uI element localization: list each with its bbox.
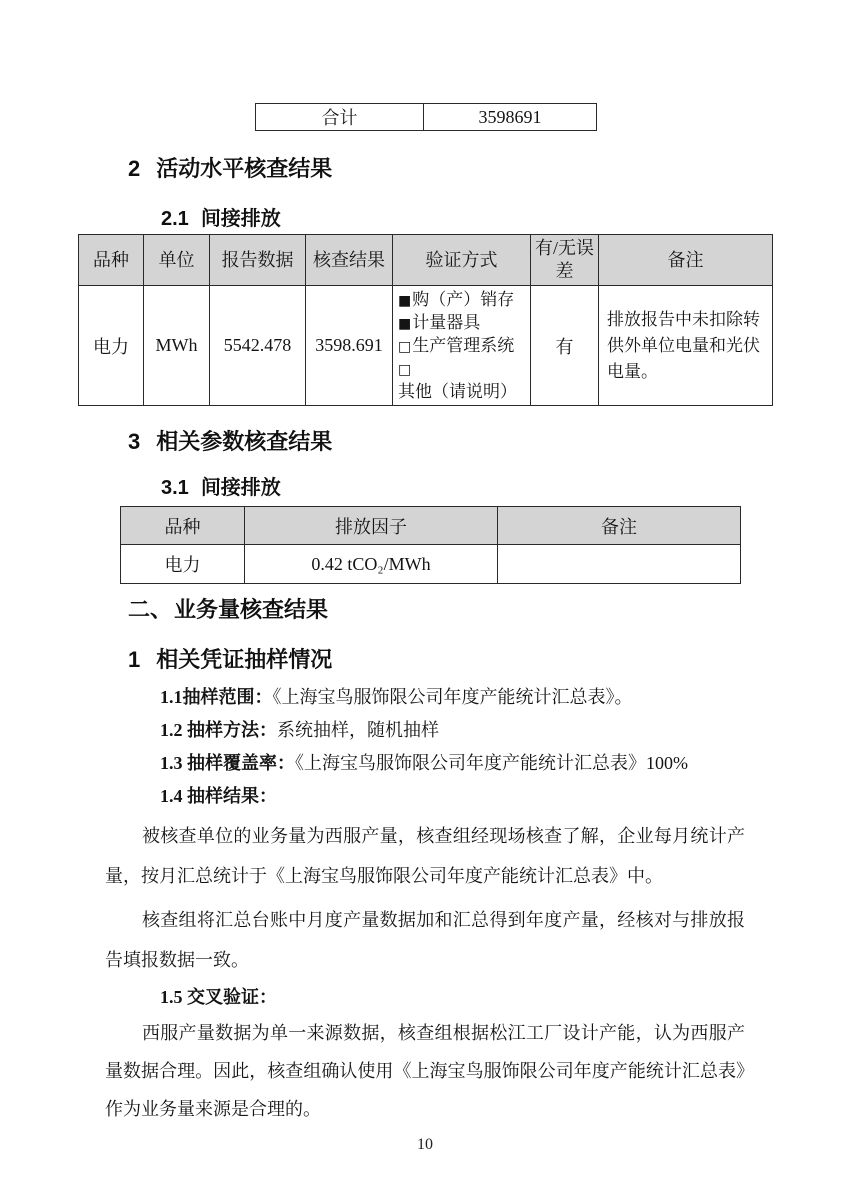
method-label: 购（产）销存	[412, 290, 514, 309]
section-3-1-heading: 3.1间接排放	[161, 476, 772, 500]
section-3-number: 3	[128, 429, 140, 454]
method-label: 计量器具	[412, 313, 480, 332]
list-item-cross-validation: 1.5 交叉验证：	[160, 984, 772, 1010]
item-text: 系统抽样，随机抽样	[277, 720, 439, 740]
header-error-status: 有/无误差	[531, 235, 599, 286]
checkbox-checked-icon: ■	[398, 293, 411, 309]
cell-error-status: 有	[531, 286, 599, 406]
emission-factor-table: 品种 排放因子 备注 电力 0.42 tCO₂/MWh	[120, 506, 741, 584]
part-2-title: 业务量核查结果	[174, 597, 328, 622]
checkbox-unchecked-icon: □	[398, 339, 411, 355]
paragraph-sampling-result-2: 核查组将汇总台账中月度产量数据加和汇总得到年度产量，经核对与排放报告填报数据一致…	[105, 900, 745, 980]
activity-level-table: 品种 单位 报告数据 核查结果 验证方式 有/无误差 备注 电力 MWh 554…	[78, 234, 773, 406]
cell-remark: 排放报告中未扣除转供外单位电量和光伏电量。	[599, 286, 773, 406]
item-label: 1.4 抽样结果：	[160, 786, 277, 806]
part-2-sub-number: 1	[128, 647, 140, 672]
cell-emission-factor: 0.42 tCO₂/MWh	[245, 545, 498, 584]
part-2-sub-title: 相关凭证抽样情况	[156, 647, 332, 672]
table-row: 合计 3598691	[256, 104, 597, 131]
list-item-sampling-method: 1.2 抽样方法：系统抽样，随机抽样	[160, 717, 772, 743]
section-3-heading: 3相关参数核查结果	[128, 428, 772, 456]
section-3-1-title: 间接排放	[201, 477, 281, 499]
section-2-heading: 2活动水平核查结果	[128, 155, 772, 183]
cell-unit: MWh	[144, 286, 210, 406]
header-verification-method: 验证方式	[393, 235, 531, 286]
header-variety: 品种	[79, 235, 144, 286]
section-2-1-heading: 2.1间接排放	[161, 207, 772, 231]
list-item-sampling-result: 1.4 抽样结果：	[160, 783, 772, 809]
cell-variety: 电力	[121, 545, 245, 584]
method-option: □生产管理系统	[398, 335, 525, 358]
header-emission-factor: 排放因子	[245, 507, 498, 545]
part-2-number: 二、	[128, 597, 172, 622]
totals-table: 合计 3598691	[255, 103, 597, 131]
totals-value: 3598691	[424, 104, 597, 131]
cell-reported-value: 5542.478	[210, 286, 306, 406]
item-text: 《上海宝鸟服饰限公司年度产能统计汇总表》。	[273, 687, 633, 707]
section-2-title: 活动水平核查结果	[156, 156, 332, 181]
header-unit: 单位	[144, 235, 210, 286]
part-2-heading: 二、业务量核查结果	[128, 596, 772, 624]
section-2-1-number: 2.1	[161, 208, 189, 230]
table-header-row: 品种 排放因子 备注	[121, 507, 741, 545]
method-option: □其他（请说明）	[398, 358, 525, 402]
section-3-1-number: 3.1	[161, 477, 189, 499]
cell-verified-value: 3598.691	[306, 286, 393, 406]
document-page: 合计 3598691 2活动水平核查结果 2.1间接排放 品种 单位 报告数据 …	[0, 0, 848, 1200]
method-label: 生产管理系统	[412, 336, 514, 355]
table-header-row: 品种 单位 报告数据 核查结果 验证方式 有/无误差 备注	[79, 235, 773, 286]
section-2-1-title: 间接排放	[201, 208, 281, 230]
item-label: 1.3 抽样覆盖率：	[160, 753, 295, 773]
part-2-sub-heading: 1相关凭证抽样情况	[128, 646, 772, 674]
paragraph-sampling-result-1: 被核查单位的业务量为西服产量，核查组经现场核查了解，企业每月统计产量，按月汇总统…	[105, 816, 745, 896]
header-remark: 备注	[599, 235, 773, 286]
section-2-number: 2	[128, 156, 140, 181]
method-option: ■购（产）销存	[398, 289, 525, 312]
checkbox-checked-icon: ■	[398, 316, 411, 332]
item-label: 1.1抽样范围：	[160, 687, 273, 707]
item-text: 《上海宝鸟服饰限公司年度产能统计汇总表》100%	[295, 753, 688, 773]
table-row: 电力 0.42 tCO₂/MWh	[121, 545, 741, 584]
paragraph-cross-validation: 西服产量数据为单一来源数据，核查组根据松江工厂设计产能，认为西服产量数据合理。因…	[105, 1014, 745, 1128]
page-number: 10	[78, 1136, 772, 1154]
checkbox-unchecked-icon: □	[398, 362, 411, 378]
list-item-sampling-scope: 1.1抽样范围：《上海宝鸟服饰限公司年度产能统计汇总表》。	[160, 684, 772, 710]
cell-variety: 电力	[79, 286, 144, 406]
item-label: 1.2 抽样方法：	[160, 720, 277, 740]
section-3-title: 相关参数核查结果	[156, 429, 332, 454]
header-variety: 品种	[121, 507, 245, 545]
header-reported-data: 报告数据	[210, 235, 306, 286]
method-label: 其他（请说明）	[398, 382, 517, 401]
totals-label: 合计	[256, 104, 424, 131]
header-verified-result: 核查结果	[306, 235, 393, 286]
cell-remark	[498, 545, 741, 584]
cell-verification-methods: ■购（产）销存 ■计量器具 □生产管理系统 □其他（请说明）	[393, 286, 531, 406]
table-row: 电力 MWh 5542.478 3598.691 ■购（产）销存 ■计量器具 □…	[79, 286, 773, 406]
list-item-sampling-coverage: 1.3 抽样覆盖率：《上海宝鸟服饰限公司年度产能统计汇总表》100%	[160, 750, 772, 776]
header-remark: 备注	[498, 507, 741, 545]
sampling-items: 1.1抽样范围：《上海宝鸟服饰限公司年度产能统计汇总表》。 1.2 抽样方法：系…	[78, 684, 772, 809]
method-option: ■计量器具	[398, 312, 525, 335]
